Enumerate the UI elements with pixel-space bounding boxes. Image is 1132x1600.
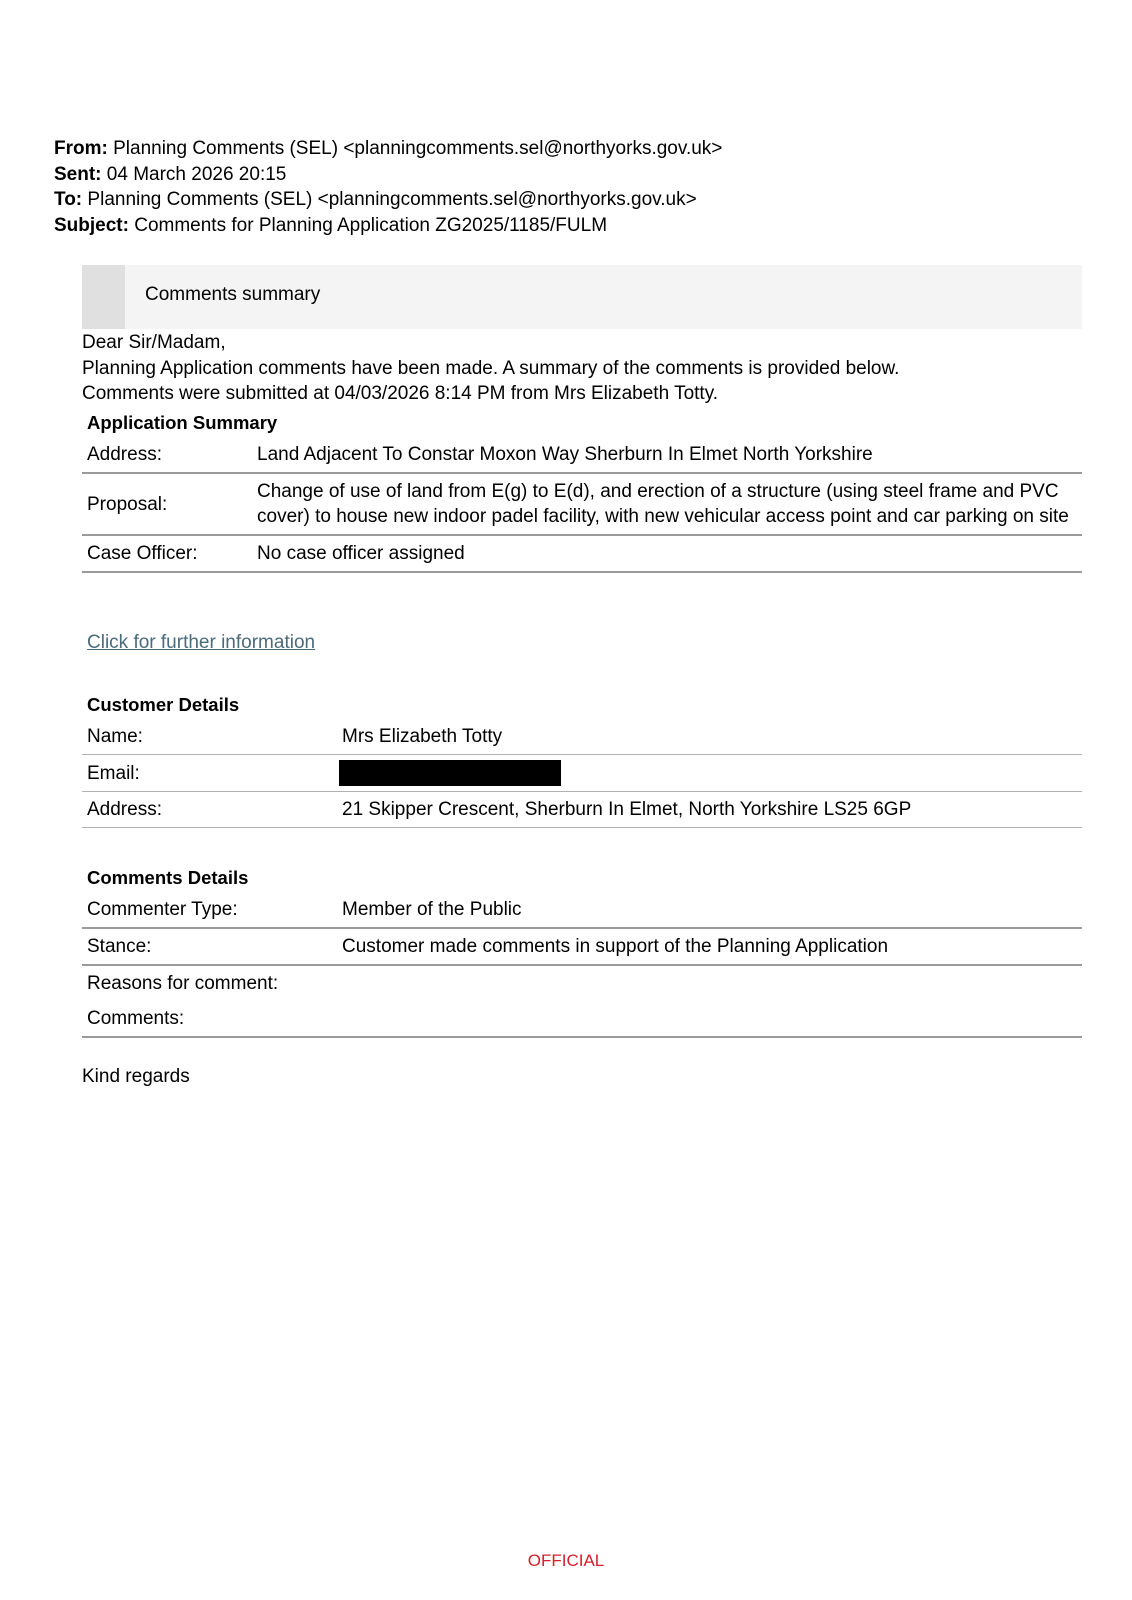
table-row: Email: [82, 755, 1082, 792]
comments-details-table: Commenter Type: Member of the Public Sta… [82, 892, 1082, 1038]
comments-summary-banner: Comments summary [82, 265, 1082, 329]
table-row: Comments: [82, 1001, 1082, 1037]
row-label: Email: [82, 755, 337, 792]
row-label: Name: [82, 719, 337, 755]
table-row: Commenter Type: Member of the Public [82, 892, 1082, 928]
comments-details-section: Comments Details Commenter Type: Member … [82, 864, 1082, 1038]
row-label: Case Officer: [82, 535, 252, 572]
table-row: Name: Mrs Elizabeth Totty [82, 719, 1082, 755]
closing-text: Kind regards [82, 1066, 190, 1088]
subject-line: Subject: Comments for Planning Applicati… [54, 213, 722, 239]
row-label: Comments: [82, 1001, 337, 1037]
table-row: Case Officer: No case officer assigned [82, 535, 1082, 572]
table-row: Reasons for comment: [82, 965, 1082, 1001]
table-row: Address: 21 Skipper Crescent, Sherburn I… [82, 792, 1082, 828]
intro-line-1: Planning Application comments have been … [82, 356, 899, 382]
row-label: Reasons for comment: [82, 965, 337, 1001]
row-label: Address: [82, 437, 252, 473]
greeting: Dear Sir/Madam, [82, 330, 899, 356]
intro-line-2: Comments were submitted at 04/03/2026 8:… [82, 381, 899, 407]
table-row: Stance: Customer made comments in suppor… [82, 928, 1082, 965]
application-summary-table: Address: Land Adjacent To Constar Moxon … [82, 437, 1082, 573]
row-label: Commenter Type: [82, 892, 337, 928]
classification-footer: OFFICIAL [0, 1551, 1132, 1571]
table-row: Address: Land Adjacent To Constar Moxon … [82, 437, 1082, 473]
from-value: Planning Comments (SEL) <planningcomment… [113, 138, 722, 159]
sent-line: Sent: 04 March 2026 20:15 [54, 162, 722, 188]
row-value: Customer made comments in support of the… [337, 928, 1082, 965]
comments-details-heading: Comments Details [87, 864, 1082, 892]
application-summary-heading: Application Summary [87, 409, 1082, 437]
sent-value: 04 March 2026 20:15 [107, 164, 287, 185]
row-label: Proposal: [82, 473, 252, 535]
subject-value: Comments for Planning Application ZG2025… [134, 215, 607, 236]
row-value: Change of use of land from E(g) to E(d),… [252, 473, 1082, 535]
banner-accent-bar [82, 265, 125, 329]
row-label: Stance: [82, 928, 337, 965]
redacted-email-block [339, 760, 561, 786]
application-summary-section: Application Summary Address: Land Adjace… [82, 409, 1082, 573]
further-information-link[interactable]: Click for further information [87, 632, 315, 654]
row-value: Mrs Elizabeth Totty [337, 719, 1082, 755]
to-line: To: Planning Comments (SEL) <planningcom… [54, 187, 722, 213]
table-row: Proposal: Change of use of land from E(g… [82, 473, 1082, 535]
row-value [337, 755, 1082, 792]
row-value: 21 Skipper Crescent, Sherburn In Elmet, … [337, 792, 1082, 828]
row-value [337, 1001, 1082, 1037]
row-label: Address: [82, 792, 337, 828]
email-header: From: Planning Comments (SEL) <planningc… [54, 136, 722, 238]
customer-details-heading: Customer Details [87, 691, 1082, 719]
customer-details-section: Customer Details Name: Mrs Elizabeth Tot… [82, 691, 1082, 828]
from-line: From: Planning Comments (SEL) <planningc… [54, 136, 722, 162]
intro-text: Dear Sir/Madam, Planning Application com… [82, 330, 899, 407]
row-value: Member of the Public [337, 892, 1082, 928]
row-value: Land Adjacent To Constar Moxon Way Sherb… [252, 437, 1082, 473]
customer-details-table: Name: Mrs Elizabeth Totty Email: Address… [82, 719, 1082, 828]
row-value: No case officer assigned [252, 535, 1082, 572]
row-value [337, 965, 1082, 1001]
banner-title: Comments summary [145, 284, 320, 306]
to-value: Planning Comments (SEL) <planningcomment… [87, 189, 696, 210]
